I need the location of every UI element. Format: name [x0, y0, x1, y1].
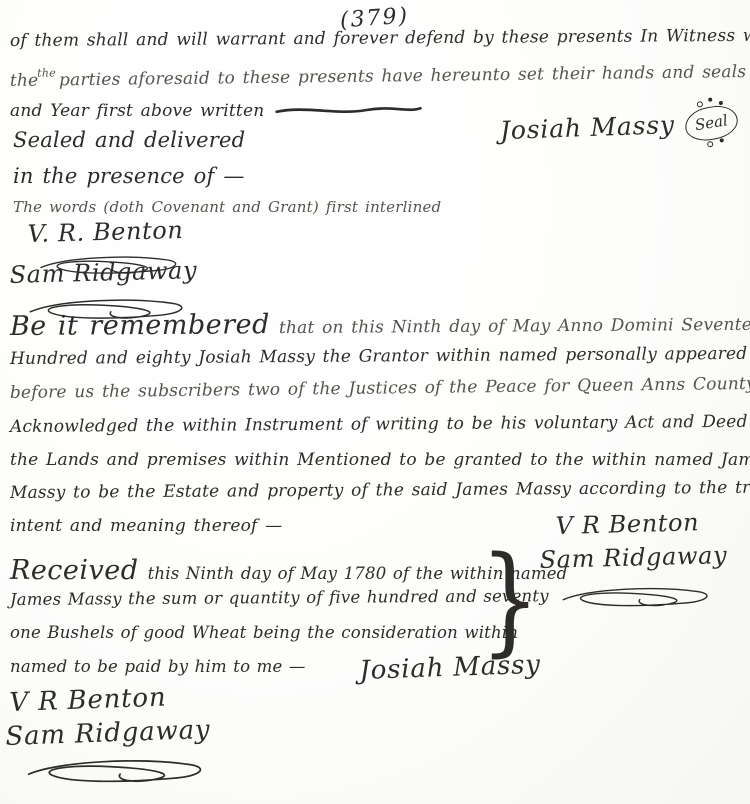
- interlineation-note: The words (doth Covenant and Grant) firs…: [13, 200, 441, 215]
- line-text-start: the: [10, 71, 39, 91]
- signature-josiah-massy-receipt: Josiah Massy: [359, 650, 541, 686]
- opening-phrase: Received: [10, 555, 139, 586]
- attestation-line-1: Sealed and delivered: [13, 130, 245, 151]
- line-text: and Year first above written: [10, 101, 264, 121]
- signature-flourish: [18, 754, 218, 788]
- acknowledgment-line-7: intent and meaning thereof —: [10, 518, 282, 535]
- acknowledgment-line-5: the Lands and premises within Mentioned …: [10, 452, 750, 469]
- pen-dash-flourish: [274, 102, 424, 118]
- closing-clause-line-1: of them shall and will warrant and forev…: [10, 27, 750, 50]
- line-text: parties aforesaid to these presents have…: [59, 61, 750, 90]
- line-text: that on this Ninth day of May Anno Domin…: [279, 315, 750, 338]
- acknowledgment-line-3: before us the subscribers two of the Jus…: [10, 375, 750, 402]
- seal-label: Seal: [693, 111, 728, 134]
- acknowledgment-line-6: Massy to be the Estate and property of t…: [10, 480, 750, 502]
- signature-vr-benton-top: V. R. Benton: [27, 218, 183, 246]
- closing-clause-line-3: and Year first above written: [10, 102, 424, 120]
- attestation-line-2: in the presence of —: [13, 166, 245, 187]
- document-page: (379) of them shall and will warrant and…: [0, 0, 750, 804]
- receipt-brace: }: [480, 548, 540, 652]
- signature-sam-ridgaway-bottom: Sam Ridgaway: [5, 715, 211, 752]
- signature-sam-ridgaway-top: Sam Ridgaway: [9, 258, 197, 287]
- signature-vr-benton-bottom: V R Benton: [9, 683, 167, 718]
- receipt-line-2: James Massy the sum or quantity of five …: [10, 588, 549, 608]
- acknowledgment-line-4: Acknowledged the within Instrument of wr…: [10, 414, 750, 436]
- grantor-signature-block: Josiah Massy Seal: [499, 106, 738, 147]
- seal-mark: Seal: [682, 103, 739, 144]
- acknowledgment-line-2: Hundred and eighty Josiah Massy the Gran…: [10, 346, 748, 368]
- signature-flourish: [558, 582, 718, 612]
- receipt-line-3: one Bushels of good Wheat being the cons…: [10, 625, 518, 642]
- acknowledgment-line-1: Be it rememberedthat on this Ninth day o…: [10, 308, 750, 340]
- signature-josiah-massy: Josiah Massy: [500, 110, 676, 145]
- interlined-word: the: [37, 66, 56, 79]
- closing-clause-line-2: thetheparties aforesaid to these present…: [10, 58, 750, 90]
- receipt-line-4: named to be paid by him to me —: [10, 659, 306, 676]
- signature-sam-ridgaway-mid: Sam Ridgaway: [539, 543, 727, 572]
- opening-phrase: Be it remembered: [10, 309, 270, 342]
- signature-vr-benton-mid: V R Benton: [555, 510, 699, 538]
